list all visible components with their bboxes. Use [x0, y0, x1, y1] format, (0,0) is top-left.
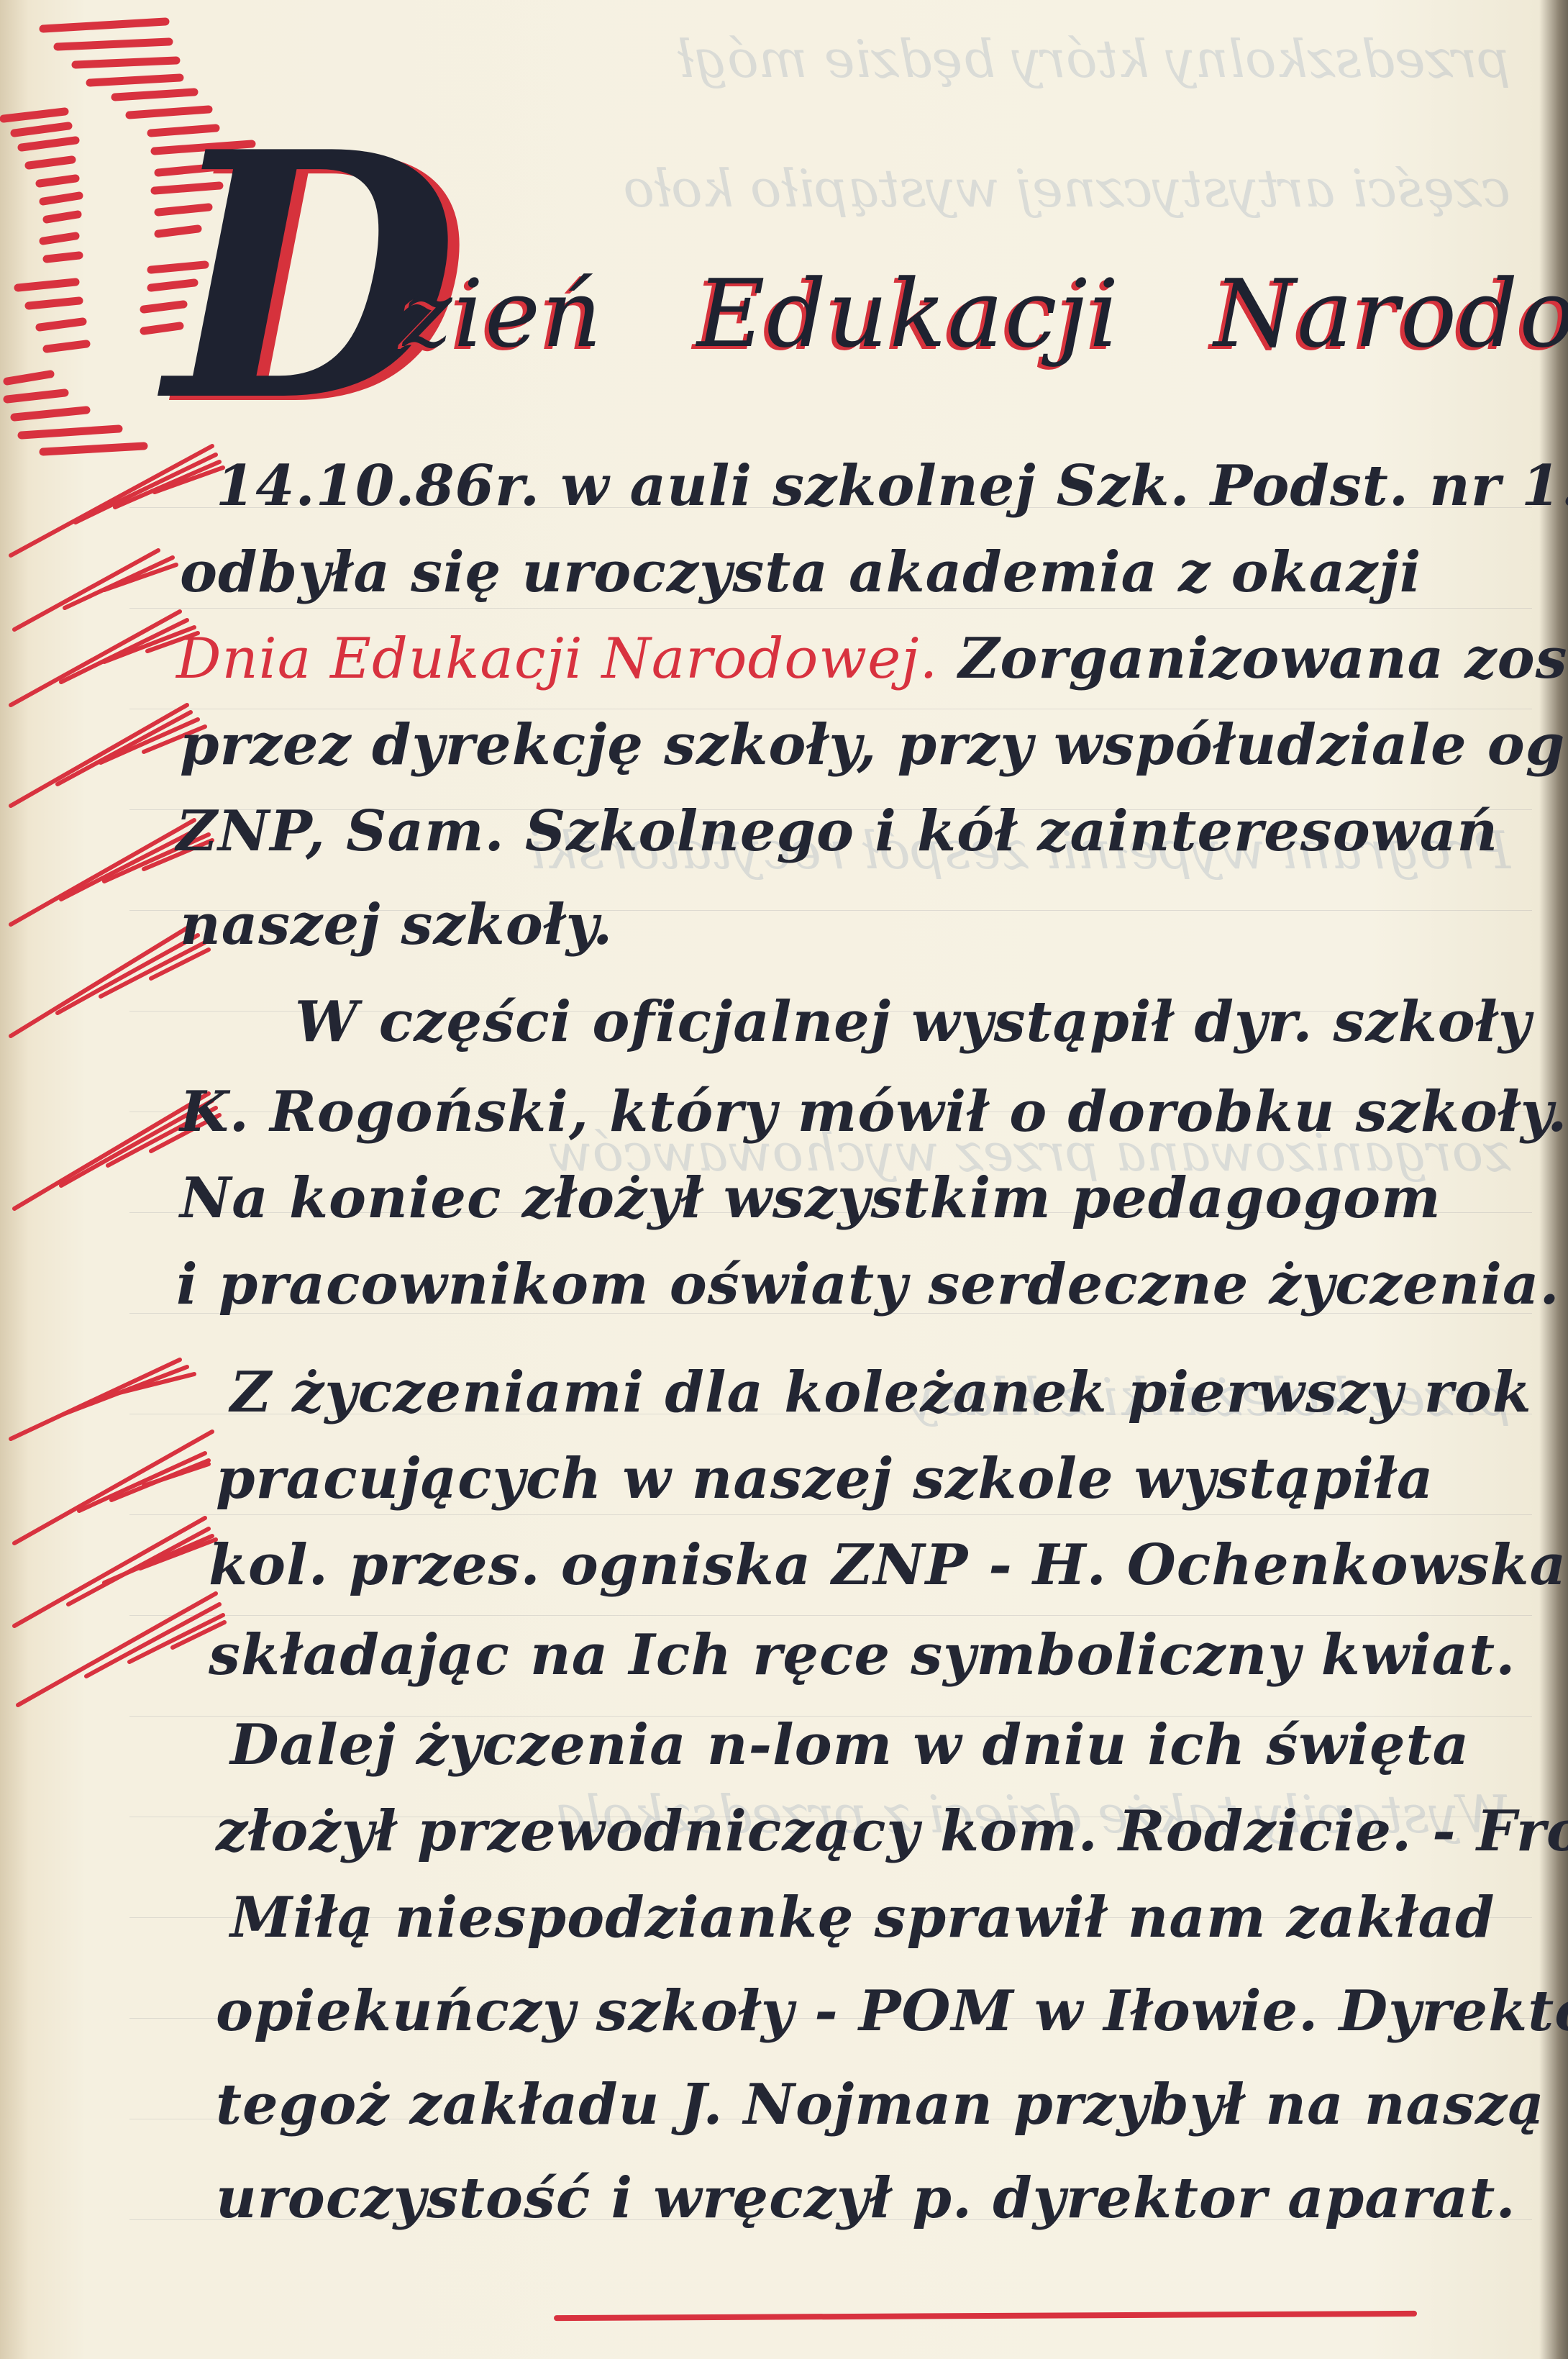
body-line-19: tegoż zakładu J. Nojman przybył na naszą — [216, 2072, 1545, 2137]
body-line-13: kol. przes. ogniska ZNP - H. Ochenkowska — [209, 1532, 1567, 1598]
body-line-20: uroczystość i wręczył p. dyrektor aparat… — [216, 2165, 1516, 2231]
body-line-12: pracujących w naszej szkole wystąpiła — [216, 1446, 1433, 1512]
body-line-10: i pracownikom oświaty serdeczne życzenia… — [176, 1252, 1560, 1317]
body-line-1: 14.10.86r. w auli szkolnej Szk. Podst. n… — [216, 453, 1568, 519]
body-line-8: K. Rogoński, który mówił o dorobku szkoł… — [180, 1079, 1567, 1145]
body-line-15: Dalej życzenia n-lom w dniu ich święta — [230, 1712, 1469, 1778]
body-line-3: Dnia Edukacji Narodowej. Zorganizowana z… — [176, 626, 1568, 691]
body-line-7: W części oficjalnej wystąpił dyr. szkoły — [295, 989, 1531, 1055]
body-text: 14.10.86r. w auli szkolnej Szk. Podst. n… — [0, 0, 1568, 2359]
body-line-6: naszej szkoły. — [180, 892, 613, 958]
body-line-2: odbyła się uroczysta akademia z okazji — [180, 540, 1421, 605]
red-highlight-holiday-name: Dnia Edukacji Narodowej. — [176, 627, 938, 691]
body-line-16: złożył przewodniczący kom. Rodzicie. - F… — [216, 1799, 1568, 1864]
body-line-14: składając na Ich ręce symboliczny kwiat. — [209, 1622, 1515, 1688]
body-line-4: przez dyrekcję szkoły, przy współudziale… — [180, 712, 1568, 778]
body-line-9: Na koniec złożył wszystkim pedagogom — [180, 1165, 1441, 1231]
body-line-5: ZNP, Sam. Szkolnego i kół zainteresowań — [176, 799, 1498, 864]
body-line-18: opiekuńczy szkoły - POM w Iłowie. Dyrekt… — [216, 1978, 1568, 2044]
body-line-11: Z życzeniami dla koleżanek pierwszy rok — [230, 1360, 1532, 1425]
red-underline — [554, 2311, 1417, 2321]
notebook-page: przedszkolny który będzie mógł części ar… — [0, 0, 1568, 2359]
body-line-17: Miłą niespodziankę sprawił nam zakład — [230, 1885, 1495, 1950]
